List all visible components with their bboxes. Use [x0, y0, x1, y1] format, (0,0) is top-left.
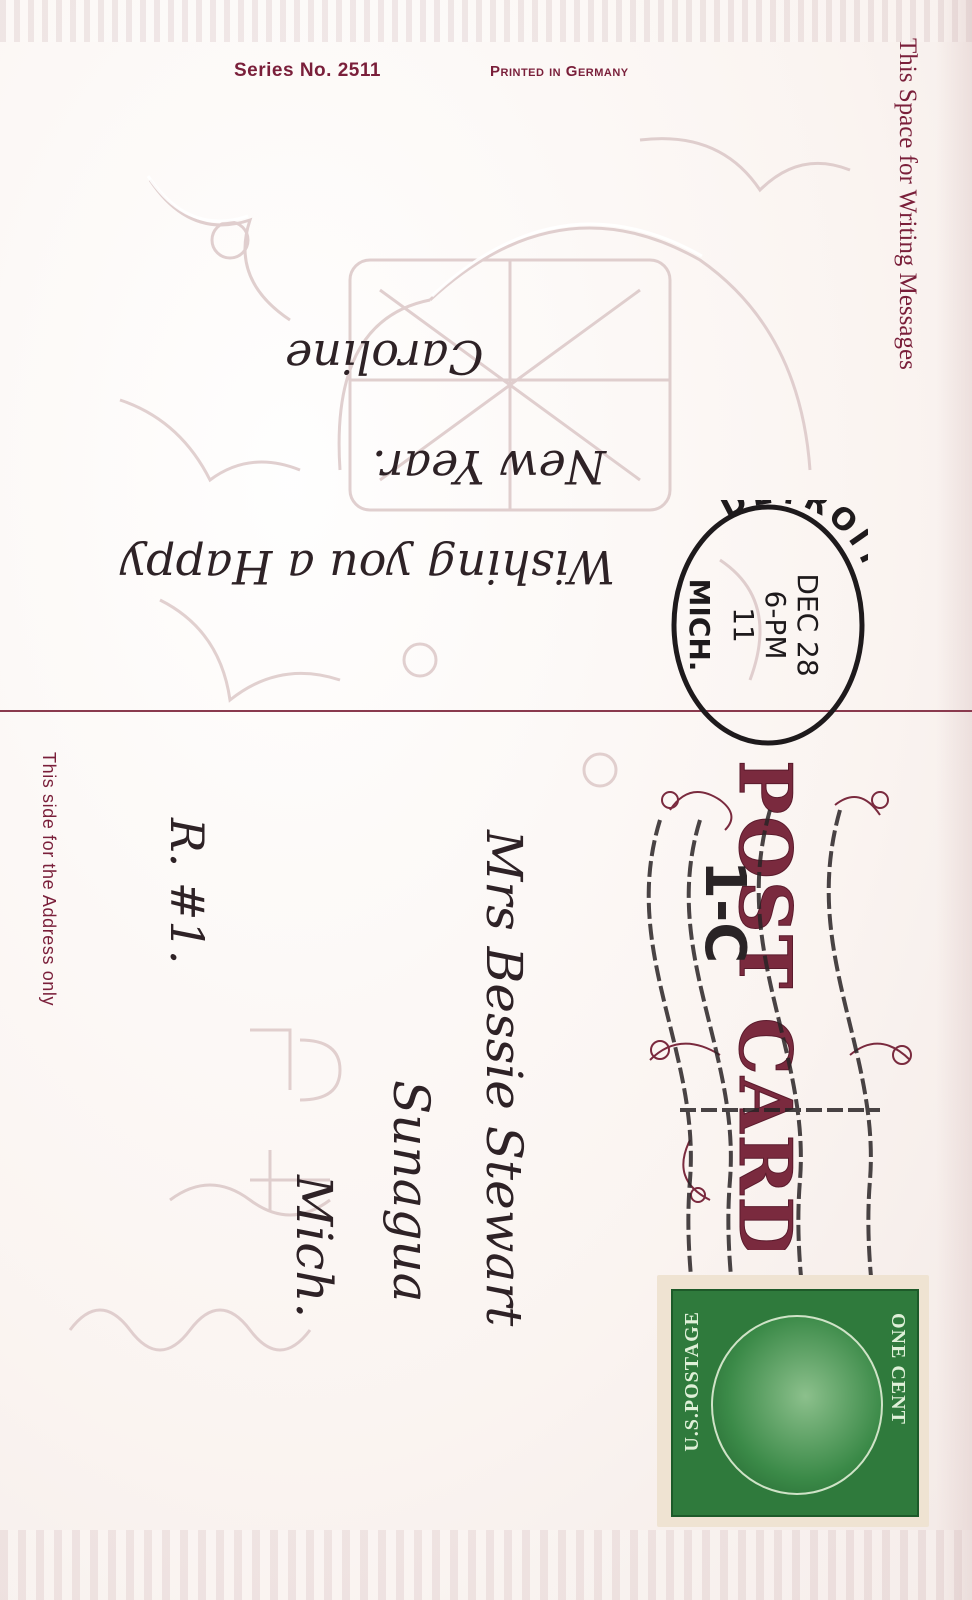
series-number: Series No. 2511	[234, 60, 381, 82]
postmark-year: 11	[727, 607, 760, 643]
message-signature: Caroline	[285, 330, 484, 384]
detroit-postmark: DETROIT DEC 28 6-PM 11 MICH.	[668, 500, 868, 750]
message-line-2: New Year.	[372, 440, 606, 494]
postmark-state: MICH.	[683, 579, 716, 672]
svg-text:DETROIT: DETROIT	[715, 500, 868, 577]
card-edge-bottom	[0, 1530, 972, 1600]
address-route: R. #1.	[160, 818, 214, 964]
message-line-1: Wishing you a Happy	[120, 540, 615, 594]
postmark-time: 6-PM	[759, 591, 792, 660]
address-state: Mich.	[285, 1175, 343, 1318]
stamp-frame: U.S.POSTAGE ONE CENT	[671, 1289, 919, 1517]
address-side-label: This side for the Address only	[38, 752, 59, 1006]
postcard-back: Series No. 2511 Printed in Germany This …	[0, 0, 972, 1600]
address-recipient: Mrs Bessie Stewart	[475, 830, 533, 1326]
postmark-city: DETROIT	[715, 500, 868, 577]
franklin-portrait-icon	[711, 1315, 883, 1495]
stamp-one-cent-text: ONE CENT	[886, 1313, 909, 1425]
address-town: Sunagua	[382, 1080, 440, 1303]
printed-in-germany-label: Printed in Germany	[490, 63, 629, 80]
stamp-us-postage-text: U.S.POSTAGE	[681, 1311, 704, 1452]
one-cent-franklin-stamp: U.S.POSTAGE ONE CENT	[657, 1275, 929, 1527]
writing-space-label: This Space for Writing Messages	[893, 38, 921, 370]
card-edge-right	[936, 0, 972, 1600]
postmark-date: DEC 28	[791, 573, 824, 676]
post-card-imprint-logo: POST CARD	[630, 720, 920, 1250]
post-card-text: POST CARD	[723, 760, 808, 1250]
card-edge-top	[0, 0, 972, 42]
